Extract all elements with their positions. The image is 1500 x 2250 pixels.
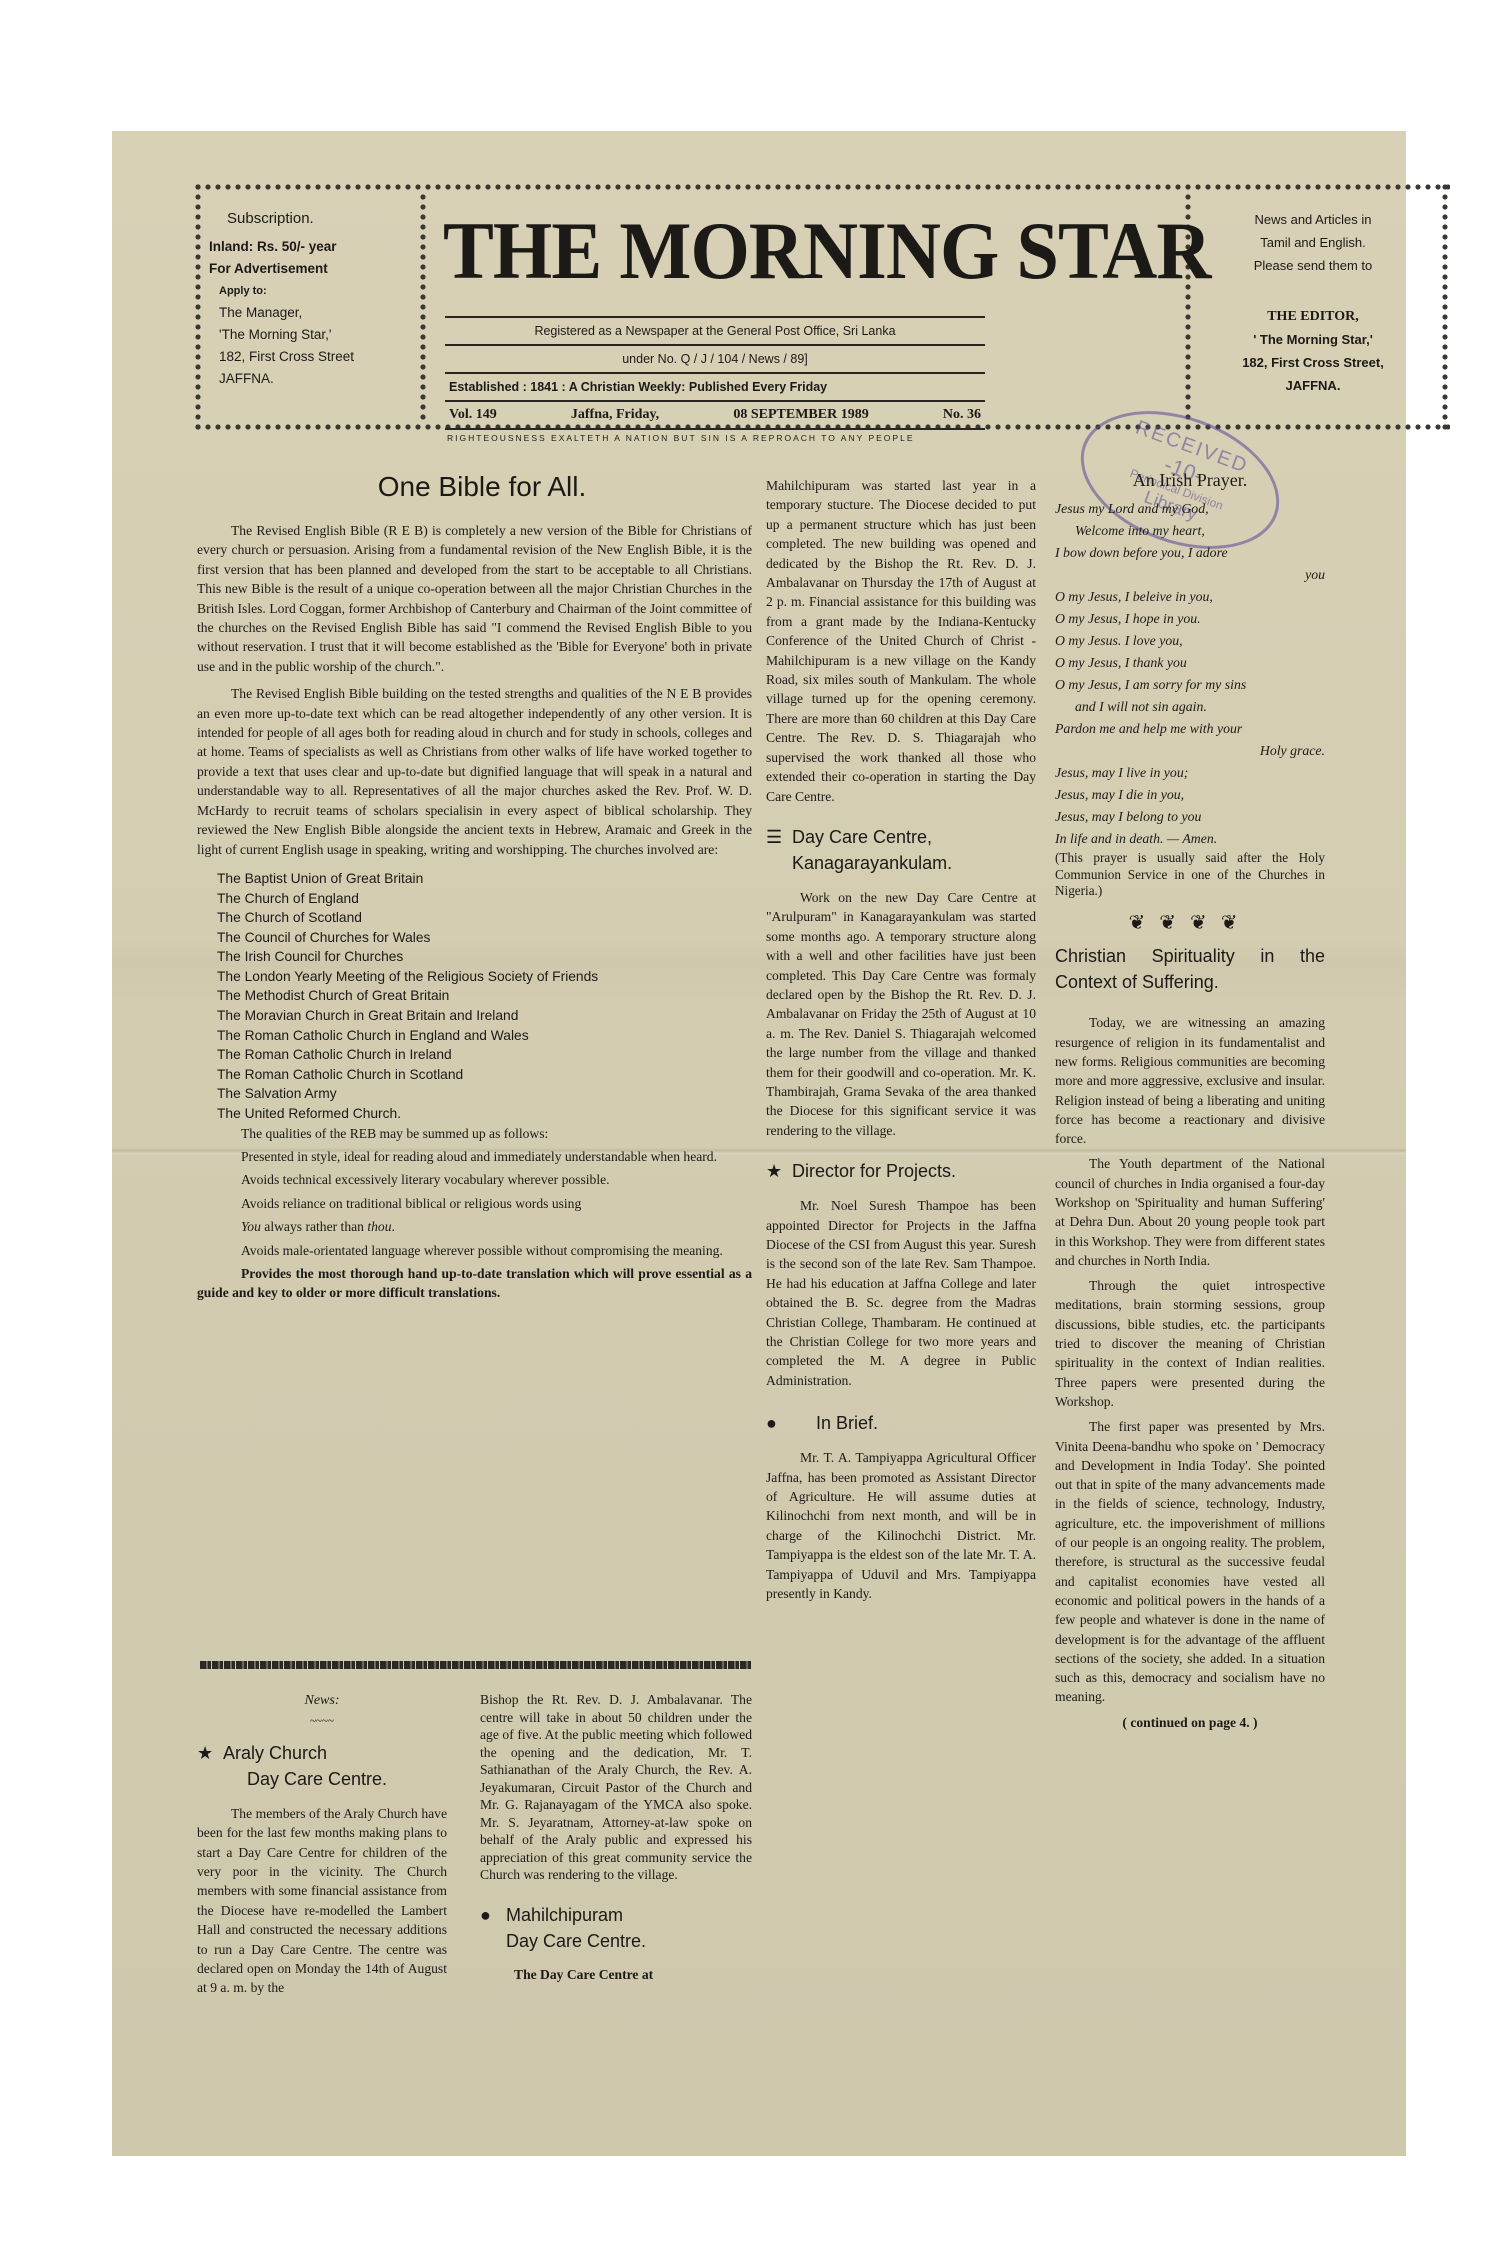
apply-to: Apply to:: [219, 280, 409, 302]
editor-address: ' The Morning Star,': [1193, 328, 1433, 351]
continued-note: ( continued on page 4. ): [1055, 1713, 1325, 1732]
motto: RIGHTEOUSNESS EXALTETH A NATION BUT SIN …: [445, 428, 985, 446]
prayer-line: Holy grace.: [1055, 740, 1325, 762]
church-list-item: The Salvation Army: [217, 1084, 752, 1104]
church-list-item: The Baptist Union of Great Britain: [217, 869, 752, 889]
article-paragraph: Today, we are witnessing an amazing resu…: [1055, 1013, 1325, 1148]
quality-item: Avoids reliance on traditional biblical …: [197, 1194, 752, 1213]
prayer-line: you: [1055, 564, 1325, 586]
prayer-line: Pardon me and help me with your: [1055, 718, 1325, 740]
article-paragraph: The Revised English Bible (R E B) is com…: [197, 521, 752, 676]
church-list-item: The Roman Catholic Church in Ireland: [217, 1045, 752, 1065]
manager-line: 'The Morning Star,': [219, 324, 409, 346]
prayer-line: O my Jesus, I thank you: [1055, 652, 1325, 674]
editor-box: News and Articles in Tamil and English. …: [1193, 208, 1433, 397]
editor-address: JAFFNA.: [1193, 374, 1433, 397]
editor-address: 182, First Cross Street,: [1193, 351, 1433, 374]
news-araly: News: ~~~~ ★Araly Church Day Care Centre…: [197, 1691, 447, 1998]
bars-icon: ☰: [766, 824, 792, 850]
place-day: Jaffna, Friday,: [571, 404, 659, 426]
quality-item: Provides the most thorough hand up-to-da…: [197, 1264, 752, 1303]
subscription-box: Subscription. Inland: Rs. 50/- year For …: [209, 208, 409, 390]
araly-heading: ★Araly Church Day Care Centre.: [197, 1740, 447, 1792]
article-paragraph: The first paper was presented by Mrs. Vi…: [1055, 1417, 1325, 1706]
article-paragraph: Mr. T. A. Tampiyappa Agricultural Office…: [766, 1448, 1036, 1603]
ornamental-border-left: [193, 182, 203, 432]
registration-box: Registered as a Newspaper at the General…: [445, 316, 985, 446]
advertisement-label: For Advertisement: [209, 258, 409, 280]
star-icon: ★: [766, 1158, 792, 1184]
spirituality-article: Today, we are witnessing an amazing resu…: [1055, 1013, 1325, 1706]
church-list: The Baptist Union of Great BritainThe Ch…: [217, 869, 752, 1124]
prayer-line: In life and in death. — Amen.: [1055, 828, 1325, 850]
registration-number: under No. Q / J / 104 / News / 89]: [445, 344, 985, 372]
quality-item: Avoids male-orientated language wherever…: [197, 1241, 752, 1260]
director-heading: ★Director for Projects.: [766, 1158, 1036, 1184]
manager-line: 182, First Cross Street: [219, 346, 409, 368]
registration-line: Registered as a Newspaper at the General…: [445, 316, 985, 344]
church-list-item: The Moravian Church in Great Britain and…: [217, 1006, 752, 1026]
prayer-line: Jesus my Lord and my God,: [1055, 498, 1325, 520]
prayer-note: (This prayer is usually said after the H…: [1055, 850, 1325, 900]
issue-date: 08 SEPTEMBER 1989: [733, 404, 868, 426]
quality-item: Avoids technical excessively literary vo…: [197, 1170, 752, 1189]
prayer-line: Jesus, may I die in you,: [1055, 784, 1325, 806]
article-paragraph: Mahilchipuram was started last year in a…: [766, 476, 1036, 806]
quality-item: Presented in style, ideal for reading al…: [197, 1147, 752, 1166]
editor-note-line: Tamil and English.: [1193, 231, 1433, 254]
manager-line: JAFFNA.: [219, 368, 409, 390]
church-list-item: The Roman Catholic Church in England and…: [217, 1026, 752, 1046]
article-paragraph: The Revised English Bible building on th…: [197, 684, 752, 859]
prayer-line: Jesus, may I live in you;: [1055, 762, 1325, 784]
article-title-bible: One Bible for All.: [332, 471, 632, 503]
editor-heading: THE EDITOR,: [1193, 305, 1433, 328]
article-paragraph: Through the quiet introspective meditati…: [1055, 1276, 1325, 1411]
news-araly-continued: Bishop the Rt. Rev. D. J. Ambalavanar. T…: [480, 1691, 752, 1983]
column-3: An Irish Prayer. Jesus my Lord and my Go…: [1055, 471, 1325, 1732]
manager-line: The Manager,: [219, 302, 409, 324]
prayer-line: O my Jesus, I am sorry for my sins: [1055, 674, 1325, 696]
star-icon: ★: [197, 1740, 223, 1766]
church-list-item: The Church of England: [217, 889, 752, 909]
church-list-item: The Church of Scotland: [217, 908, 752, 928]
mahilchipuram-heading: ●Mahilchipuram Day Care Centre.: [480, 1902, 752, 1954]
church-list-item: The Irish Council for Churches: [217, 947, 752, 967]
newspaper-title: THE MORNING STAR: [443, 206, 1085, 296]
spirituality-title: Christian Spirituality in the Context of…: [1055, 943, 1325, 995]
reb-qualities: The qualities of the REB may be summed u…: [197, 1124, 752, 1303]
kanagarayankulam-heading: ☰Day Care Centre, Kanagarayankulam.: [766, 824, 1036, 876]
church-list-item: The Council of Churches for Wales: [217, 928, 752, 948]
subscription-rate: Inland: Rs. 50/- year: [209, 236, 409, 258]
ornamental-border-right: [1440, 182, 1450, 432]
article-paragraph: Bishop the Rt. Rev. D. J. Ambalavanar. T…: [480, 1691, 752, 1884]
church-list-item: The Methodist Church of Great Britain: [217, 986, 752, 1006]
article-bible: The Revised English Bible (R E B) is com…: [197, 521, 752, 1303]
issue-number: No. 36: [943, 404, 981, 426]
squiggle-ornament: ~~~~: [197, 1712, 447, 1731]
article-paragraph: Work on the new Day Care Centre at "Arul…: [766, 888, 1036, 1140]
prayer-line: O my Jesus, I hope in you.: [1055, 608, 1325, 630]
article-paragraph: The members of the Araly Church have bee…: [197, 1804, 447, 1998]
prayer-line: O my Jesus, I beleive in you,: [1055, 586, 1325, 608]
brief-heading: ●In Brief.: [766, 1410, 1036, 1436]
article-paragraph: The Youth department of the National cou…: [1055, 1154, 1325, 1270]
fleuron-ornament: ❦❦❦❦: [1055, 914, 1325, 933]
prayer-line: Jesus, may I belong to you: [1055, 806, 1325, 828]
church-list-item: The Roman Catholic Church in Scotland: [217, 1065, 752, 1085]
qualities-intro: The qualities of the REB may be summed u…: [197, 1124, 752, 1143]
ornamental-border-top: [193, 182, 1450, 192]
editor-note-line: News and Articles in: [1193, 208, 1433, 231]
section-divider: [200, 1661, 752, 1669]
newspaper-page: Subscription. Inland: Rs. 50/- year For …: [112, 131, 1406, 2156]
church-list-item: The London Yearly Meeting of the Religio…: [217, 967, 752, 987]
prayer-line: O my Jesus. I love you,: [1055, 630, 1325, 652]
prayer-line: Welcome into my heart,: [1055, 520, 1325, 542]
prayer-text: Jesus my Lord and my God,Welcome into my…: [1055, 498, 1325, 850]
issue-line: Vol. 149 Jaffna, Friday, 08 SEPTEMBER 19…: [445, 400, 985, 428]
volume: Vol. 149: [449, 404, 497, 426]
prayer-line: I bow down before you, I adore: [1055, 542, 1325, 564]
established-line: Established : 1841 : A Christian Weekly:…: [445, 372, 985, 400]
church-list-item: The United Reformed Church.: [217, 1104, 752, 1124]
news-label: News:: [197, 1691, 447, 1710]
bullet-icon: ●: [766, 1410, 816, 1436]
editor-note-line: Please send them to: [1193, 254, 1433, 277]
ornamental-divider-left: [418, 192, 428, 422]
article-paragraph: Mr. Noel Suresh Thampoe has been appoint…: [766, 1196, 1036, 1390]
prayer-title: An Irish Prayer.: [1055, 471, 1325, 490]
subscription-heading: Subscription.: [227, 208, 409, 230]
article-paragraph: The Day Care Centre at: [480, 1966, 752, 1984]
quality-you-thou: You always rather than thou.: [197, 1217, 752, 1236]
bullet-icon: ●: [480, 1902, 506, 1928]
news-column-2: Mahilchipuram was started last year in a…: [766, 476, 1036, 1604]
prayer-line: and I will not sin again.: [1055, 696, 1325, 718]
masthead: Subscription. Inland: Rs. 50/- year For …: [193, 182, 1450, 432]
